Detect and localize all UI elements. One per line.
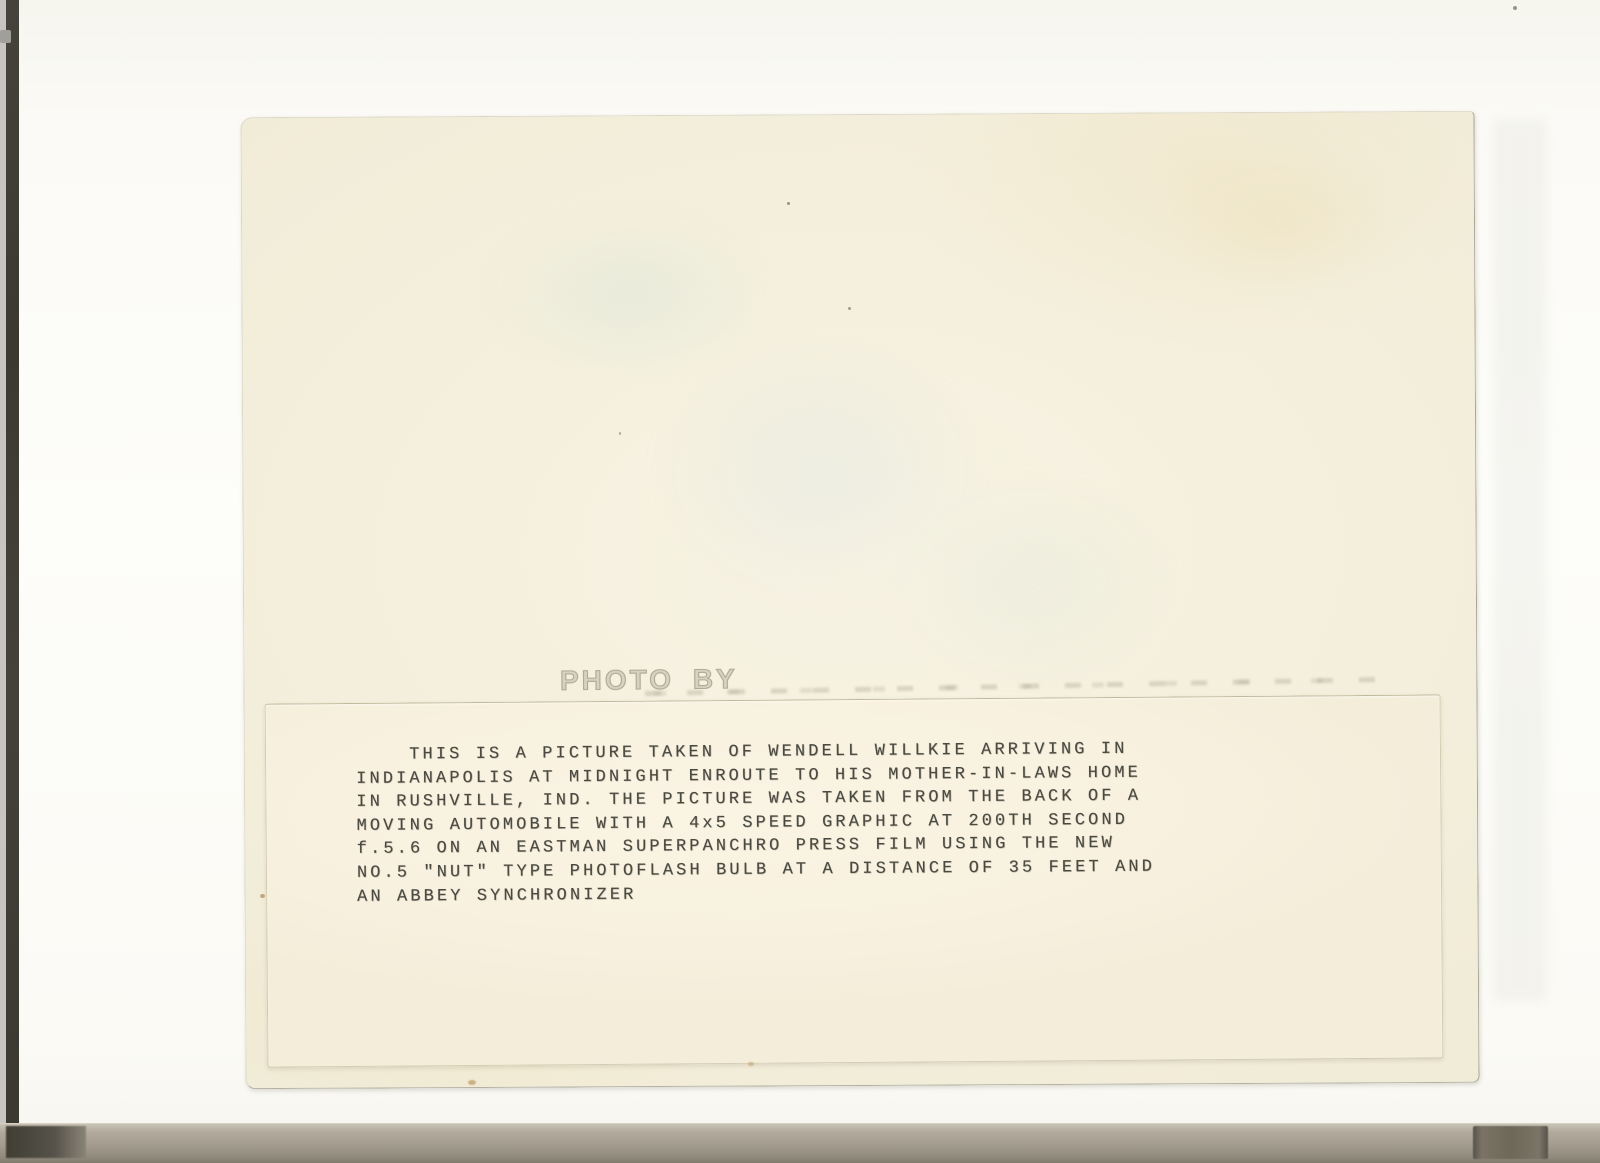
- dust-speck: [787, 202, 790, 205]
- caption-paper: THIS IS A PICTURE TAKEN OF WENDELL WILLK…: [265, 694, 1444, 1067]
- foxing-speck: [748, 1062, 754, 1066]
- dust-speck: [1513, 6, 1517, 10]
- scanner-edge-mark: [0, 30, 11, 43]
- foxing-speck: [260, 894, 265, 898]
- foxing-speck: [468, 1080, 476, 1085]
- bleedthrough-stain: [880, 471, 1181, 693]
- dust-speck: [619, 432, 621, 435]
- age-stain: [1149, 140, 1410, 301]
- scan-of-photo-back: PHOTO BY THIS IS A PICTURE TAKEN OF WEND…: [0, 0, 1600, 1163]
- scanner-edge-dark-strip: [6, 0, 19, 1152]
- table-edge-dark-segment-left: [6, 1126, 86, 1158]
- scanner-shadow-band: [1494, 120, 1546, 1000]
- typewritten-caption: THIS IS A PICTURE TAKEN OF WENDELL WILLK…: [356, 738, 1155, 909]
- table-edge-dark-segment-right: [1473, 1126, 1548, 1159]
- dust-speck: [848, 307, 851, 310]
- table-edge-bar: [0, 1123, 1600, 1163]
